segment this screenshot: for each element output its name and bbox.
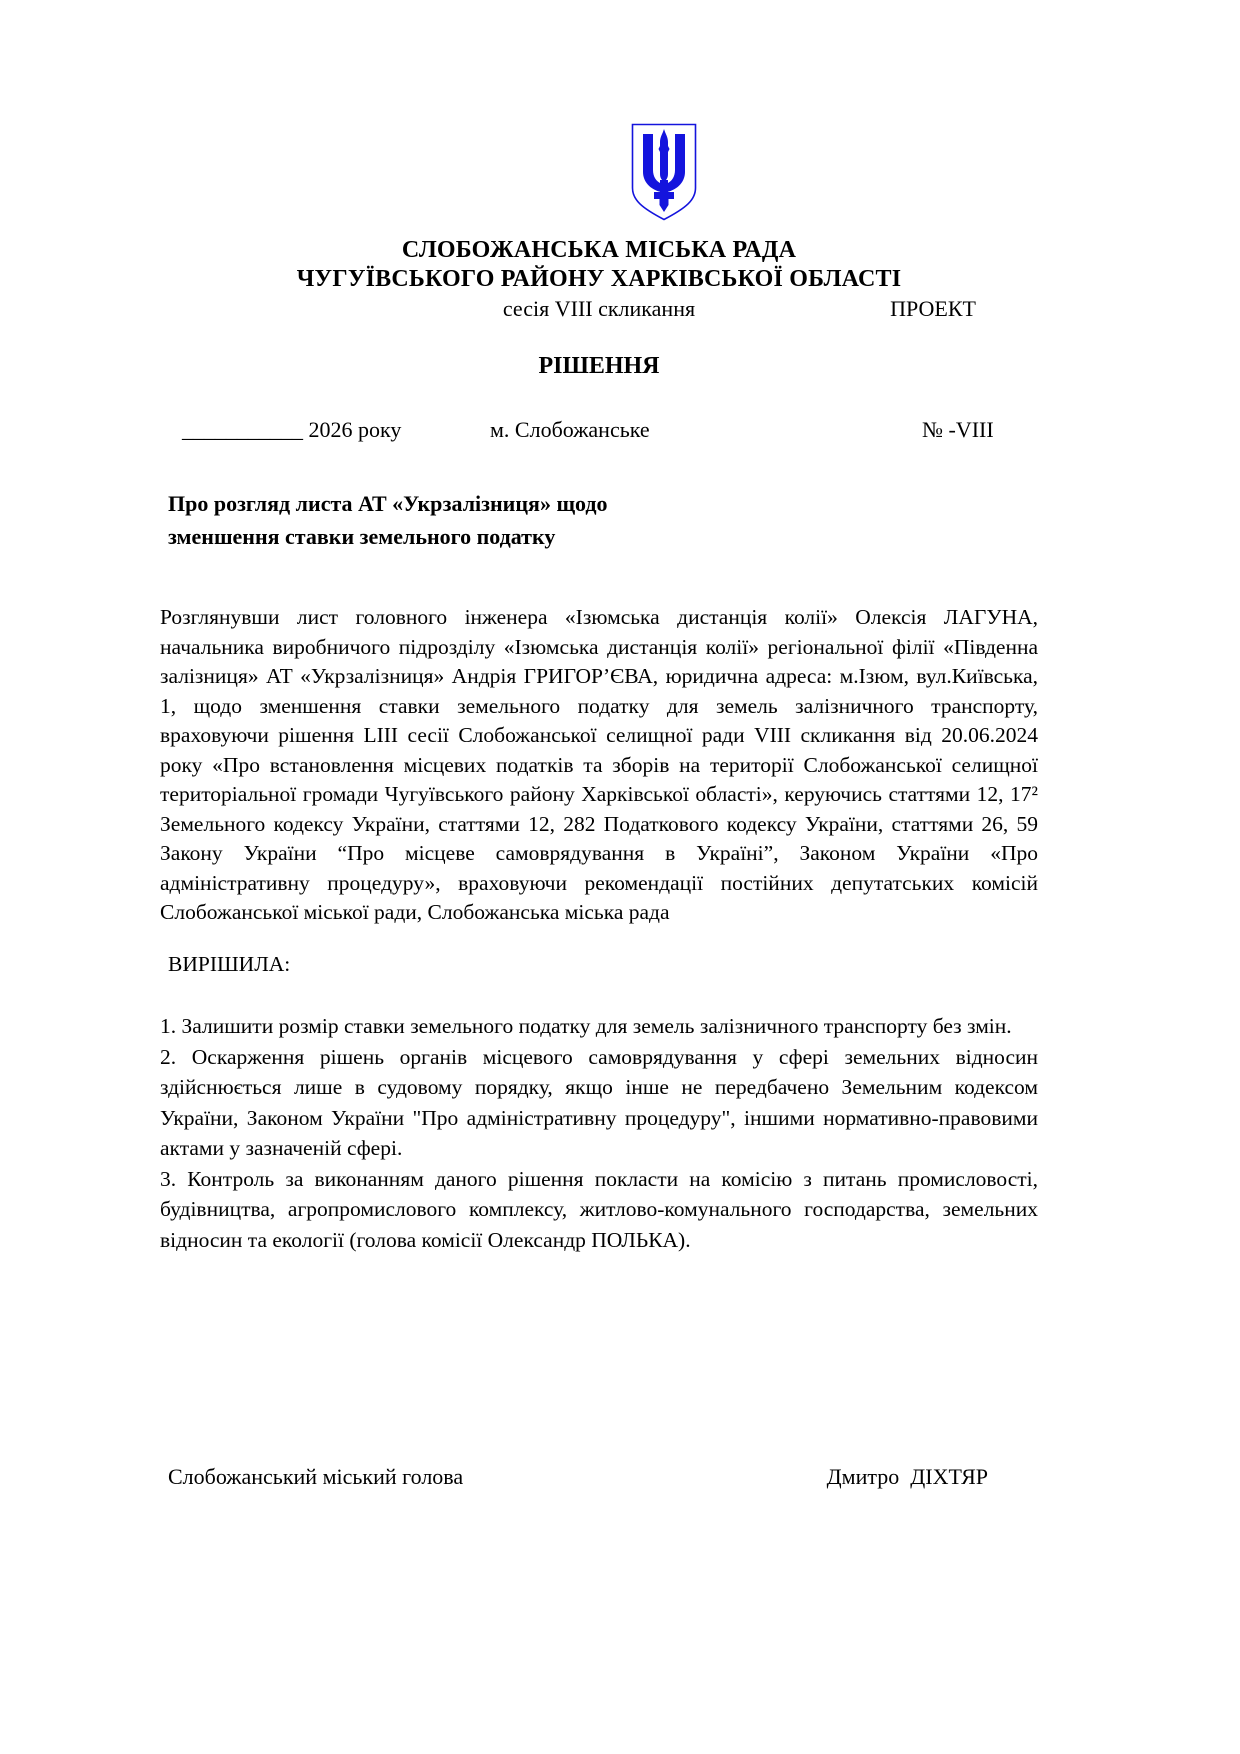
date-blank: ___________ <box>182 417 309 442</box>
decision-item-3: 3. Контроль за виконанням даного рішення… <box>160 1164 1038 1256</box>
date-year: 2026 року <box>309 417 402 442</box>
decision-number: № -VIII <box>922 417 994 443</box>
signature-row: Слобожанський міський голова Дмитро ДІХТ… <box>168 1463 988 1491</box>
session-label: сесія VIII скликання <box>503 296 695 321</box>
decision-item-1: 1. Залишити розмір ставки земельного под… <box>160 1011 1038 1042</box>
signer-name: Дмитро ДІХТЯР <box>827 1463 988 1491</box>
decision-document-page: СЛОБОЖАНСЬКА МІСЬКА РАДА ЧУГУЇВСЬКОГО РА… <box>0 0 1240 1754</box>
subject-line-2: зменшення ставки земельного податку <box>168 520 1038 553</box>
signer-title: Слобожанський міський голова <box>168 1463 463 1491</box>
meta-row: ___________ 2026 року м. Слобожанське № … <box>160 417 1038 447</box>
council-name: СЛОБОЖАНСЬКА МІСЬКА РАДА <box>160 236 1038 265</box>
document-header: СЛОБОЖАНСЬКА МІСЬКА РАДА ЧУГУЇВСЬКОГО РА… <box>160 0 1038 324</box>
resolved-heading: ВИРІШИЛА: <box>160 949 1038 979</box>
session-row: сесія VIII скликання ПРОЕКТ <box>160 294 1038 324</box>
subject-block: Про розгляд листа АТ «Укрзалізниця» щодо… <box>160 487 1038 553</box>
document-type-title: РІШЕННЯ <box>160 352 1038 381</box>
subject-line-1: Про розгляд листа АТ «Укрзалізниця» щодо <box>168 487 1038 520</box>
date-line: ___________ 2026 року <box>182 417 401 443</box>
preamble-paragraph: Розглянувши лист головного інженера «Ізю… <box>160 603 1038 928</box>
draft-label: ПРОЕКТ <box>890 294 976 324</box>
decision-item-2: 2. Оскарження рішень органів місцевого с… <box>160 1042 1038 1164</box>
council-region: ЧУГУЇВСЬКОГО РАЙОНУ ХАРКІВСЬКОЇ ОБЛАСТІ <box>160 265 1038 294</box>
tryzub-coat-of-arms-icon <box>630 122 698 222</box>
document-content: СЛОБОЖАНСЬКА МІСЬКА РАДА ЧУГУЇВСЬКОГО РА… <box>160 0 1038 1754</box>
decision-items: 1. Залишити розмір ставки земельного под… <box>160 1011 1038 1255</box>
place-label: м. Слобожанське <box>490 417 650 443</box>
